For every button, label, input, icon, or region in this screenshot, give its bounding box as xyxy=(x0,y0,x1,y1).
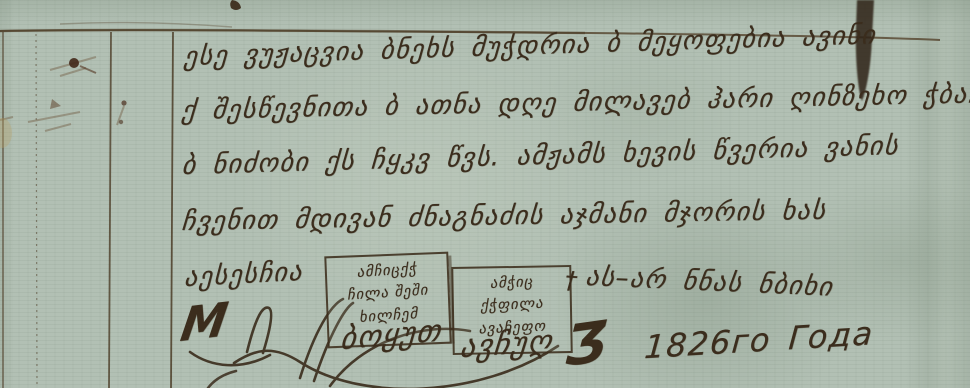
small-dot-1 xyxy=(121,100,126,105)
small-dot-2 xyxy=(119,120,123,124)
pencil-scratches xyxy=(0,57,124,131)
cutoff-stroke-bottom xyxy=(208,371,236,388)
signature-initial: М xyxy=(177,291,233,352)
ink-dot xyxy=(69,58,79,68)
paper-stain-left-edge xyxy=(0,118,12,148)
column-line-middle xyxy=(109,32,111,388)
manuscript-line-5-left: აესესჩია xyxy=(183,257,303,293)
manuscript-page: ესე ვუჟაცვია ბნეხს მუჭდრია ბ მეყოფებია ა… xyxy=(0,0,970,388)
column-line-text-margin xyxy=(171,32,173,388)
small-triangle-mark xyxy=(50,99,61,109)
signature-flourish-glyph: Ʒ xyxy=(564,308,611,378)
cross-mark: † xyxy=(564,266,579,295)
ink-blot-top xyxy=(230,0,241,10)
column-line-dotted xyxy=(36,34,37,388)
top-rule-double-stroke xyxy=(60,23,232,27)
signature-word-2: ავჩუღ xyxy=(458,324,555,366)
